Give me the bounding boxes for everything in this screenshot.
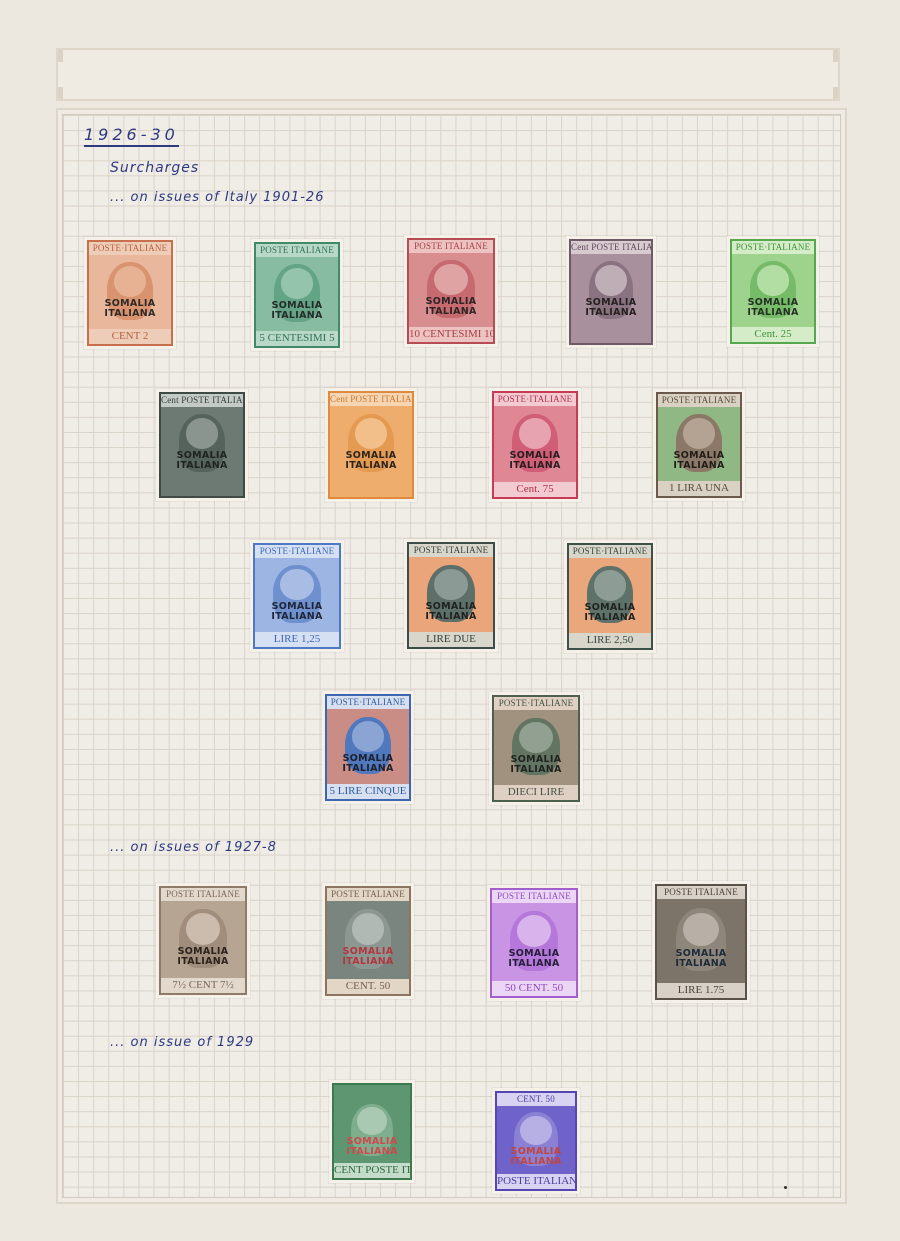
stamp-design: SOMALIAITALIANACENT POSTE ITALIANE 25 bbox=[332, 1083, 412, 1180]
stamp-overprint: SOMALIAITALIANA bbox=[497, 1147, 575, 1167]
stamp-top-inscription: POSTE ITALIANE bbox=[409, 240, 493, 253]
head-icon bbox=[280, 569, 314, 600]
head-icon bbox=[517, 915, 551, 947]
stamp-value-inscription: LIRE 2,50 bbox=[569, 633, 651, 648]
stamp-s11[interactable]: POSTE·ITALIANESOMALIAITALIANALIRE DUE bbox=[404, 539, 498, 652]
stamp-top-inscription: POSTE·ITALIANE bbox=[255, 545, 339, 558]
heading-year: 1926-30 bbox=[84, 126, 179, 147]
overprint-line: ITALIANA bbox=[497, 1157, 575, 1167]
stamp-design: POSTE·ITALIANESOMALIAITALIANALIRE 2,50 bbox=[567, 543, 653, 650]
head-icon bbox=[594, 570, 627, 601]
stamp-s5[interactable]: POSTE·ITALIANESOMALIAITALIANACent. 25 bbox=[727, 236, 819, 347]
stamp-design: POSTE ITALIANESOMALIAITALIANA50 CENT. 50 bbox=[490, 888, 578, 998]
stamp-s12[interactable]: POSTE·ITALIANESOMALIAITALIANALIRE 2,50 bbox=[564, 540, 656, 653]
head-icon bbox=[683, 913, 718, 947]
overprint-line: ITALIANA bbox=[161, 461, 243, 471]
stamp-top-inscription: POSTE ITALIANE bbox=[256, 244, 338, 257]
stamp-design: POSTE·ITALIANESOMALIAITALIANACENT 2 bbox=[87, 240, 173, 346]
stamp-top-inscription: POSTE ITALIANE bbox=[327, 888, 409, 901]
stamp-design: POSTE·ITALIANESOMALIAITALIANALIRE 1,25 bbox=[253, 543, 341, 649]
overprint-line: ITALIANA bbox=[327, 957, 409, 967]
overprint-line: ITALIANA bbox=[334, 1147, 410, 1157]
overprint-line: ITALIANA bbox=[569, 613, 651, 623]
stamp-top-inscription: Cent POSTE ITALIANE 60 bbox=[330, 393, 412, 406]
overprint-line: ITALIANA bbox=[494, 461, 576, 471]
stamp-s14[interactable]: POSTE·ITALIANESOMALIAITALIANADIECI LIRE bbox=[489, 692, 583, 805]
stamp-overprint: SOMALIAITALIANA bbox=[657, 949, 745, 969]
speck bbox=[784, 1186, 787, 1189]
overprint-line: ITALIANA bbox=[657, 959, 745, 969]
stamp-design: Cent POSTE ITALIANE 60SOMALIAITALIANA bbox=[328, 391, 414, 499]
head-icon bbox=[595, 265, 627, 296]
stamp-overprint: SOMALIAITALIANA bbox=[492, 949, 576, 969]
overprint-line: ITALIANA bbox=[409, 612, 493, 622]
head-icon bbox=[519, 722, 553, 753]
stamp-design: POSTE ITALIANESOMALIAITALIANA7½ CENT 7½ bbox=[159, 886, 247, 995]
stamp-overprint: SOMALIAITALIANA bbox=[571, 298, 651, 318]
stamp-top-inscription: POSTE·ITALIANE bbox=[732, 241, 814, 254]
stamp-design: POSTE·ITALIANESOMALIAITALIANA1 LIRA UNA bbox=[656, 392, 742, 498]
stamp-overprint: SOMALIAITALIANA bbox=[327, 754, 409, 774]
section-label-1929: ... on issue of 1929 bbox=[110, 1035, 254, 1050]
stamp-top-inscription: POSTE·ITALIANE bbox=[327, 696, 409, 709]
stamp-overprint: SOMALIAITALIANA bbox=[658, 451, 740, 471]
stamp-s6[interactable]: Cent POSTE ITALIANE 30SOMALIAITALIANA bbox=[156, 389, 248, 501]
stamp-s3[interactable]: POSTE ITALIANESOMALIAITALIANA10 CENTESIM… bbox=[404, 235, 498, 347]
stamp-value-inscription: DIECI LIRE bbox=[494, 785, 578, 800]
overprint-line: ITALIANA bbox=[409, 307, 493, 317]
stamp-s7[interactable]: Cent POSTE ITALIANE 60SOMALIAITALIANA bbox=[325, 388, 417, 502]
stamp-design: POSTE ITALIANESOMALIAITALIANALIRE 1.75 bbox=[655, 884, 747, 1000]
overprint-line: ITALIANA bbox=[494, 765, 578, 775]
overprint-line: ITALIANA bbox=[89, 309, 171, 319]
stamp-overprint: SOMALIAITALIANA bbox=[732, 298, 814, 318]
stamp-s2[interactable]: POSTE ITALIANESOMALIAITALIANA5 CENTESIMI… bbox=[251, 239, 343, 351]
stamp-overprint: SOMALIAITALIANA bbox=[569, 603, 651, 623]
stamp-s19[interactable]: SOMALIAITALIANACENT POSTE ITALIANE 25 bbox=[329, 1080, 415, 1183]
stamp-top-inscription: POSTE·ITALIANE bbox=[658, 394, 740, 407]
stamp-value-inscription: Cent. 75 bbox=[494, 482, 576, 497]
stamp-overprint: SOMALIAITALIANA bbox=[161, 451, 243, 471]
stamp-overprint: SOMALIAITALIANA bbox=[409, 297, 493, 317]
stamp-s20[interactable]: CENT. 50SOMALIAITALIANAPOSTE ITALIANE bbox=[492, 1088, 580, 1194]
stamp-design: Cent POSTE ITALIANE 30SOMALIAITALIANA bbox=[159, 392, 245, 498]
stamp-top-inscription: POSTE·ITALIANE bbox=[89, 242, 171, 255]
stamp-overprint: SOMALIAITALIANA bbox=[494, 451, 576, 471]
head-icon bbox=[186, 913, 220, 945]
stamp-top-inscription: POSTE ITALIANE bbox=[657, 886, 745, 899]
stamp-design: POSTE ITALIANESOMALIAITALIANA5 CENTESIMI… bbox=[254, 242, 340, 348]
head-icon bbox=[434, 264, 468, 295]
stamp-overprint: SOMALIAITALIANA bbox=[256, 301, 338, 321]
album-title-box bbox=[56, 48, 840, 101]
head-icon bbox=[186, 418, 219, 449]
section-label-1901-26: ... on issues of Italy 1901-26 bbox=[110, 190, 324, 205]
stamp-value-inscription: LIRE 1.75 bbox=[657, 983, 745, 998]
stamp-value-inscription: 10 CENTESIMI 10 bbox=[409, 327, 493, 342]
head-icon bbox=[352, 721, 385, 752]
stamp-s1[interactable]: POSTE·ITALIANESOMALIAITALIANACENT 2 bbox=[84, 237, 176, 349]
stamp-s16[interactable]: POSTE ITALIANESOMALIAITALIANACENT. 50 bbox=[322, 883, 414, 999]
stamp-overprint: SOMALIAITALIANA bbox=[255, 602, 339, 622]
stamp-design: POSTE ITALIANESOMALIAITALIANA10 CENTESIM… bbox=[407, 238, 495, 344]
stamp-value-inscription: CENT POSTE ITALIANE 25 bbox=[334, 1163, 410, 1178]
stamp-top-inscription: Cent POSTE ITALIANE 30 bbox=[161, 394, 243, 407]
head-icon bbox=[281, 268, 314, 299]
stamp-value-inscription: 50 CENT. 50 bbox=[492, 981, 576, 996]
stamp-design: POSTE·ITALIANESOMALIAITALIANACent. 75 bbox=[492, 391, 578, 499]
stamp-s13[interactable]: POSTE·ITALIANESOMALIAITALIANA5 LIRE CINQ… bbox=[322, 691, 414, 804]
stamp-overprint: SOMALIAITALIANA bbox=[330, 451, 412, 471]
stamp-top-inscription: POSTE ITALIANE bbox=[161, 888, 245, 901]
stamp-design: CENT. 50SOMALIAITALIANAPOSTE ITALIANE bbox=[495, 1091, 577, 1191]
stamp-overprint: SOMALIAITALIANA bbox=[327, 947, 409, 967]
stamp-top-inscription: POSTE·ITALIANE bbox=[494, 393, 576, 406]
stamp-design: POSTE·ITALIANESOMALIAITALIANA5 LIRE CINQ… bbox=[325, 694, 411, 801]
stamp-top-inscription: POSTE ITALIANE bbox=[492, 890, 576, 903]
stamp-value-inscription: Cent. 25 bbox=[732, 327, 814, 342]
stamp-s17[interactable]: POSTE ITALIANESOMALIAITALIANA50 CENT. 50 bbox=[487, 885, 581, 1001]
head-icon bbox=[434, 569, 468, 600]
overprint-line: ITALIANA bbox=[571, 308, 651, 318]
stamp-top-inscription: POSTE·ITALIANE bbox=[409, 544, 493, 557]
stamp-overprint: SOMALIAITALIANA bbox=[494, 755, 578, 775]
stamp-s9[interactable]: POSTE·ITALIANESOMALIAITALIANA1 LIRA UNA bbox=[653, 389, 745, 501]
stamp-s18[interactable]: POSTE ITALIANESOMALIAITALIANALIRE 1.75 bbox=[652, 881, 750, 1003]
overprint-line: ITALIANA bbox=[658, 461, 740, 471]
stamp-design: POSTE ITALIANESOMALIAITALIANACENT. 50 bbox=[325, 886, 411, 996]
stamp-value-inscription: CENT. 50 bbox=[327, 979, 409, 994]
head-icon bbox=[114, 266, 147, 297]
stamp-value-inscription: LIRE 1,25 bbox=[255, 632, 339, 647]
stamp-s8[interactable]: POSTE·ITALIANESOMALIAITALIANACent. 75 bbox=[489, 388, 581, 502]
overprint-line: ITALIANA bbox=[255, 612, 339, 622]
stamp-value-inscription: 5 LIRE CINQUE bbox=[327, 784, 409, 799]
head-icon bbox=[520, 1116, 551, 1145]
stamp-overprint: SOMALIAITALIANA bbox=[161, 947, 245, 967]
section-label-1927-8: ... on issues of 1927-8 bbox=[110, 840, 277, 855]
stamp-s4[interactable]: Cent POSTE ITALIANE 20SOMALIAITALIANA bbox=[566, 236, 656, 348]
stamp-value-inscription: POSTE ITALIANE bbox=[497, 1174, 575, 1189]
stamp-value-inscription: CENT 2 bbox=[89, 329, 171, 344]
stamp-design: POSTE·ITALIANESOMALIAITALIANADIECI LIRE bbox=[492, 695, 580, 802]
overprint-line: ITALIANA bbox=[256, 311, 338, 321]
overprint-line: ITALIANA bbox=[330, 461, 412, 471]
head-icon bbox=[683, 418, 716, 449]
stamp-overprint: SOMALIAITALIANA bbox=[89, 299, 171, 319]
overprint-line: ITALIANA bbox=[492, 959, 576, 969]
stamp-overprint: SOMALIAITALIANA bbox=[334, 1137, 410, 1157]
stamp-value-inscription: 5 CENTESIMI 5 bbox=[256, 331, 338, 346]
stamp-value-inscription: 7½ CENT 7½ bbox=[161, 978, 245, 993]
stamp-value-inscription: 1 LIRA UNA bbox=[658, 481, 740, 496]
stamp-top-inscription: Cent POSTE ITALIANE 20 bbox=[571, 241, 651, 254]
head-icon bbox=[757, 265, 790, 295]
stamp-top-inscription: POSTE·ITALIANE bbox=[569, 545, 651, 558]
overprint-line: ITALIANA bbox=[327, 764, 409, 774]
stamp-s10[interactable]: POSTE·ITALIANESOMALIAITALIANALIRE 1,25 bbox=[250, 540, 344, 652]
stamp-top-inscription: CENT. 50 bbox=[497, 1093, 575, 1106]
stamp-overprint: SOMALIAITALIANA bbox=[409, 602, 493, 622]
stamp-top-inscription: POSTE·ITALIANE bbox=[494, 697, 578, 710]
stamp-value-inscription: LIRE DUE bbox=[409, 632, 493, 647]
overprint-line: ITALIANA bbox=[732, 308, 814, 318]
stamp-design: Cent POSTE ITALIANE 20SOMALIAITALIANA bbox=[569, 239, 653, 345]
stamp-s15[interactable]: POSTE ITALIANESOMALIAITALIANA7½ CENT 7½ bbox=[156, 883, 250, 998]
stamp-design: POSTE·ITALIANESOMALIAITALIANALIRE DUE bbox=[407, 542, 495, 649]
heading-surcharges: Surcharges bbox=[110, 160, 199, 176]
overprint-line: ITALIANA bbox=[161, 957, 245, 967]
stamp-design: POSTE·ITALIANESOMALIAITALIANACent. 25 bbox=[730, 239, 816, 344]
